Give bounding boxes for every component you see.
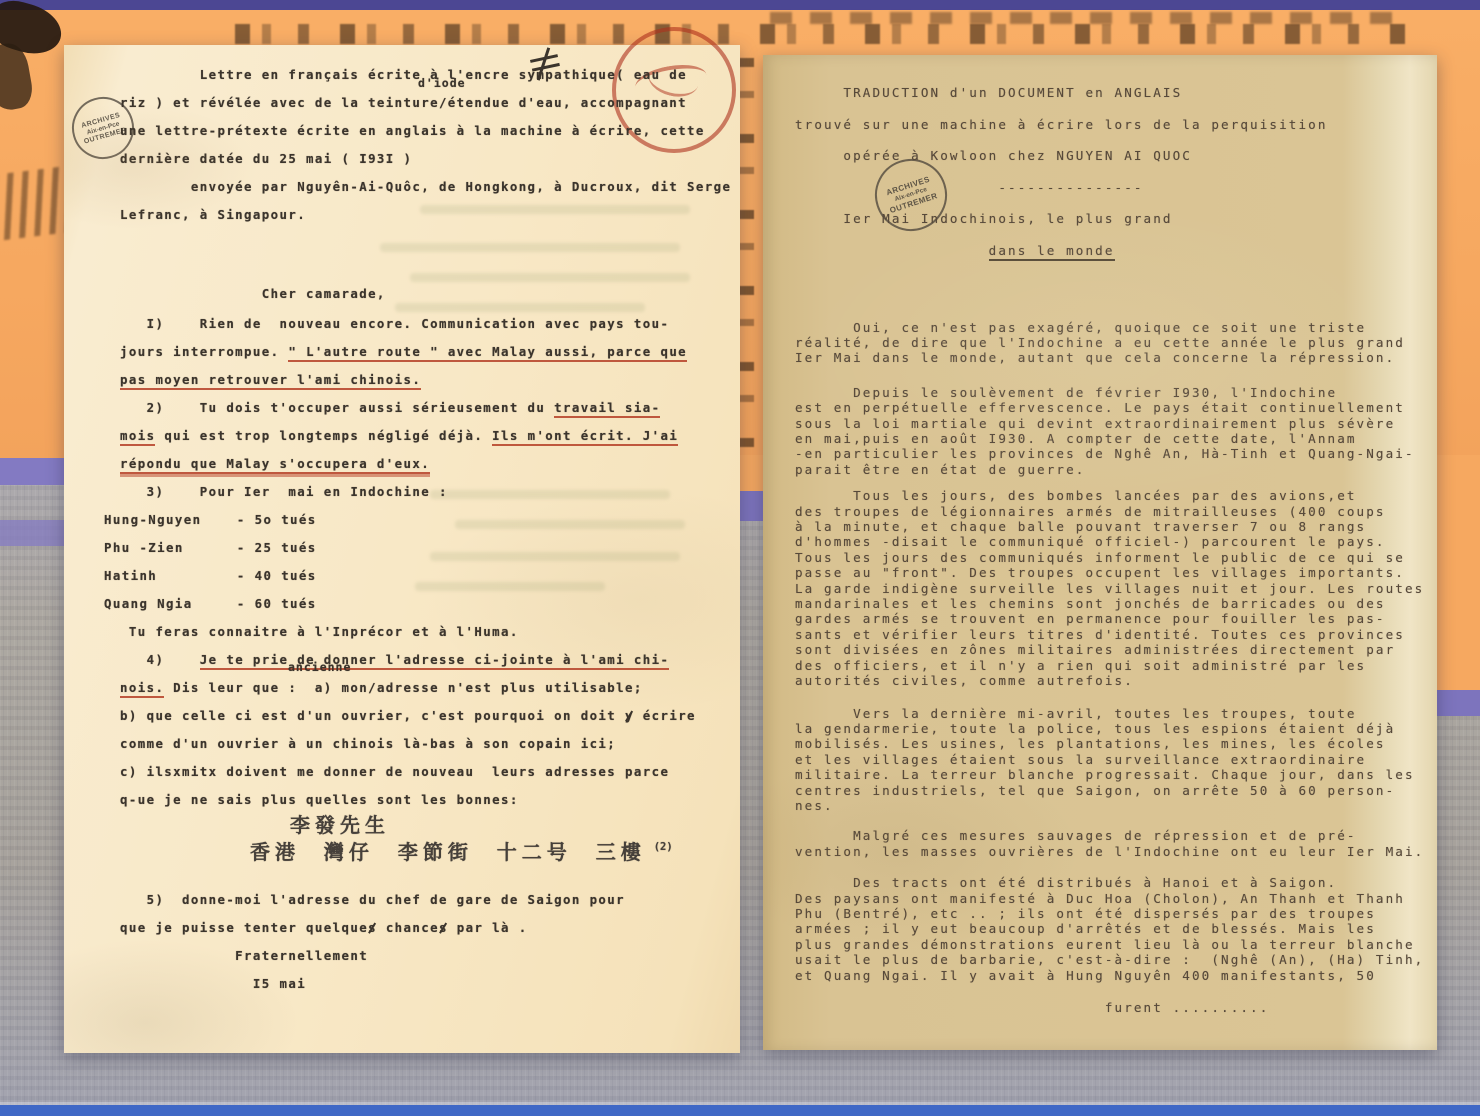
salutation: Cher camarade,: [120, 280, 732, 308]
typed-line: la gendarmerie, toute la police, tous le…: [795, 721, 1433, 736]
typed-line: Ier Mai dans le monde, autant que cela c…: [795, 350, 1433, 365]
typed-line: Phu (Bentré), etc .. ; ils ont été dispe…: [795, 906, 1433, 921]
typed-line: centres industriels, tel que Saigon, on …: [795, 783, 1433, 798]
paragraph: Tous les jours, des bombes lancées par d…: [795, 488, 1433, 688]
typed-line: autorités civiles, comme autrefois.: [795, 673, 1433, 688]
item-4: 4) Je te prie de donner l'adresse ci-joi…: [120, 646, 732, 814]
typed-line: 2) Tu dois t'occuper aussi sérieusement …: [120, 394, 732, 422]
paragraph: Vers la dernière mi-avril, toutes les tr…: [795, 706, 1433, 814]
typed-translation-text: TRADUCTION d'un DOCUMENT en ANGLAIStrouv…: [763, 55, 1437, 1050]
typed-line: Ier Mai Indochinois, le plus grand: [795, 203, 1433, 235]
bottom-border-strip: [0, 1105, 1480, 1116]
typed-line: mois qui est trop longtemps négligé déjà…: [120, 422, 732, 450]
typed-line: armées ; il y eut beaucoup d'arrêtés et …: [795, 921, 1433, 936]
typed-line: sants et vérifier leurs titres d'identit…: [795, 627, 1433, 642]
typed-line: nois. Dis leur que : a) mon/adresse n'es…: [120, 674, 732, 702]
typed-line: pas moyen retrouver l'ami chinois.: [120, 366, 732, 394]
ink-smudge-row-upper: [770, 12, 1410, 24]
numbered-items: I) Rien de nouveau encore. Communication…: [120, 310, 732, 506]
typed-line: mobilisés. Les usines, les plantations, …: [795, 736, 1433, 751]
right-document-page: ARCHIVES Aix-en-Pce OUTREMER TRADUCTION …: [763, 55, 1437, 1050]
typed-letter-text: Lettre en français écrite à l'encre symp…: [64, 45, 740, 1053]
paragraph: Malgré ces mesures sauvages de répressio…: [795, 828, 1433, 859]
typed-line: envoyée par Nguyên-Ai-Quôc, de Hongkong,…: [120, 173, 732, 201]
typed-line: Fraternellement: [120, 942, 732, 970]
typed-line: 5) donne-moi l'adresse du chef de gare d…: [120, 886, 732, 914]
typed-line: Vers la dernière mi-avril, toutes les tr…: [795, 706, 1433, 721]
typed-line: gardes armés se trouvent en permanence p…: [795, 611, 1433, 626]
typed-line: Cher camarade,: [120, 280, 732, 308]
press-note: Tu feras connaitre à l'Inprécor et à l'H…: [120, 618, 732, 646]
typed-line: que je puisse tenter quelques chances pa…: [120, 914, 732, 942]
chinese-address: 李發先生香港 灣仔 李節街 十二号 三樓(2): [120, 812, 732, 866]
paragraph: Oui, ce n'est pas exagéré, quoique ce so…: [795, 320, 1433, 366]
typed-line: La garde indigène surveille les villages…: [795, 581, 1433, 596]
archival-scan-photo: ARCHIVES Aix-en-Pce OUTREMER Lettre en f…: [0, 0, 1480, 1116]
typed-line: une lettre-prétexte écrite en anglais à …: [120, 117, 732, 145]
typed-line: sous la loi martiale qui devint extraord…: [795, 416, 1433, 431]
typed-line: 李發先生: [120, 812, 732, 839]
typed-line: des officiers, et il n'y a rien qui soit…: [795, 658, 1433, 673]
intro-note: Lettre en français écrite à l'encre symp…: [120, 61, 732, 229]
typed-line: répondu que Malay s'occupera d'eux.: [120, 450, 732, 478]
typed-line: furent ..........: [795, 1000, 1433, 1015]
ink-smudge-row: [235, 24, 1410, 44]
typed-line: jours interrompue. " L'autre route " ave…: [120, 338, 732, 366]
left-document-page: ARCHIVES Aix-en-Pce OUTREMER Lettre en f…: [64, 45, 740, 1053]
typed-line: I) Rien de nouveau encore. Communication…: [120, 310, 732, 338]
typed-line: et Quang Ngai. Il y avait à Hung Nguyên …: [795, 968, 1433, 983]
typed-line: et les villages étaient sous la surveill…: [795, 752, 1433, 767]
casualty-list: Hung-Nguyen - 5o tuésPhu -Zien - 25 tués…: [120, 506, 732, 618]
typed-line: Phu -Zien - 25 tués: [104, 534, 732, 562]
typed-line: des troupes de légionnaires armés de mit…: [795, 504, 1433, 519]
typed-line: d'hommes -disait le communiqué officiel-…: [795, 534, 1433, 549]
typed-line: Des paysans ont manifesté à Duc Hoa (Cho…: [795, 891, 1433, 906]
typed-line: Tu feras connaitre à l'Inprécor et à l'H…: [120, 618, 732, 646]
typed-line: parait être en état de guerre.: [795, 462, 1433, 477]
typed-line: 4) Je te prie de donner l'adresse ci-joi…: [120, 646, 732, 674]
item-5-and-closing: 5) donne-moi l'adresse du chef de gare d…: [120, 886, 732, 998]
typed-line: trouvé sur une machine à écrire lors de …: [795, 109, 1433, 141]
typed-line: à la minute, et chaque balle pouvant tra…: [795, 519, 1433, 534]
typed-line: usait le plus de barbarie, c'est-à-dire …: [795, 952, 1433, 967]
typed-line: 3) Pour Ier mai en Indochine :: [120, 478, 732, 506]
typed-line: Malgré ces mesures sauvages de répressio…: [795, 828, 1433, 843]
typed-line: Quang Ngia - 60 tués: [104, 590, 732, 618]
typed-line: ---------------: [795, 172, 1433, 204]
orange-right-strip: [1433, 455, 1480, 693]
typed-line: q-ue je ne sais plus quelles sont les bo…: [120, 786, 732, 814]
typed-line: Des tracts ont été distribués à Hanoi et…: [795, 875, 1433, 890]
typed-line: militaire. La terreur blanche progressai…: [795, 767, 1433, 782]
paragraph: Depuis le soulèvement de février I930, l…: [795, 385, 1433, 477]
title-block: TRADUCTION d'un DOCUMENT en ANGLAIStrouv…: [795, 77, 1433, 267]
typed-line: Oui, ce n'est pas exagéré, quoique ce so…: [795, 320, 1433, 335]
typed-line: en mai,puis en août I930. A compter de c…: [795, 431, 1433, 446]
typed-line: TRADUCTION d'un DOCUMENT en ANGLAIS: [795, 77, 1433, 109]
typed-line: I5 mai: [120, 970, 732, 998]
typed-line: est en perpétuelle effervescence. Le pay…: [795, 400, 1433, 415]
typed-line: c) ilsxmitx doivent me donner de nouveau…: [120, 758, 732, 786]
typed-line: opérée à Kowloon chez NGUYEN AI QUOC: [795, 140, 1433, 172]
typed-line: passe au "front". Des troupes occupent l…: [795, 565, 1433, 580]
purple-band-left-2: [0, 520, 68, 546]
typed-line: réalité, de dire que l'Indochine a eu ce…: [795, 335, 1433, 350]
typed-line: mandarinales et les chemins sont jonchés…: [795, 596, 1433, 611]
typed-line: Tous les jours des communiqués informent…: [795, 550, 1433, 565]
paragraph: Des tracts ont été distribués à Hanoi et…: [795, 875, 1433, 983]
purple-band-left: [0, 458, 68, 485]
typed-line: 香港 灣仔 李節街 十二号 三樓(2): [120, 839, 732, 866]
purple-right-strip: [1433, 690, 1480, 716]
typed-line: dans le monde: [795, 235, 1433, 267]
typed-line: Hatinh - 40 tués: [104, 562, 732, 590]
typed-line: sont divisées en zônes militaires admini…: [795, 642, 1433, 657]
typed-line: b) que celle ci est d'un ouvrier, c'est …: [120, 702, 732, 730]
typed-line: dernière datée du 25 mai ( I93I ): [120, 145, 732, 173]
typed-line: -en particulier les provinces de Nghê An…: [795, 446, 1433, 461]
typed-line: comme d'un ouvrier à un chinois là-bas à…: [120, 730, 732, 758]
typed-line: Tous les jours, des bombes lancées par d…: [795, 488, 1433, 503]
typed-line: Depuis le soulèvement de février I930, l…: [795, 385, 1433, 400]
typed-line: nes.: [795, 798, 1433, 813]
typed-line: Lefranc, à Singapour.: [120, 201, 732, 229]
catchword-line: furent ..........: [795, 1000, 1433, 1015]
typed-line: riz ) et révélée avec de la teinture/éte…: [120, 89, 732, 117]
typed-line: vention, les masses ouvrières de l'Indoc…: [795, 844, 1433, 859]
typed-line: plus grandes démonstrations eurent lieu …: [795, 937, 1433, 952]
typed-line: Hung-Nguyen - 5o tués: [104, 506, 732, 534]
